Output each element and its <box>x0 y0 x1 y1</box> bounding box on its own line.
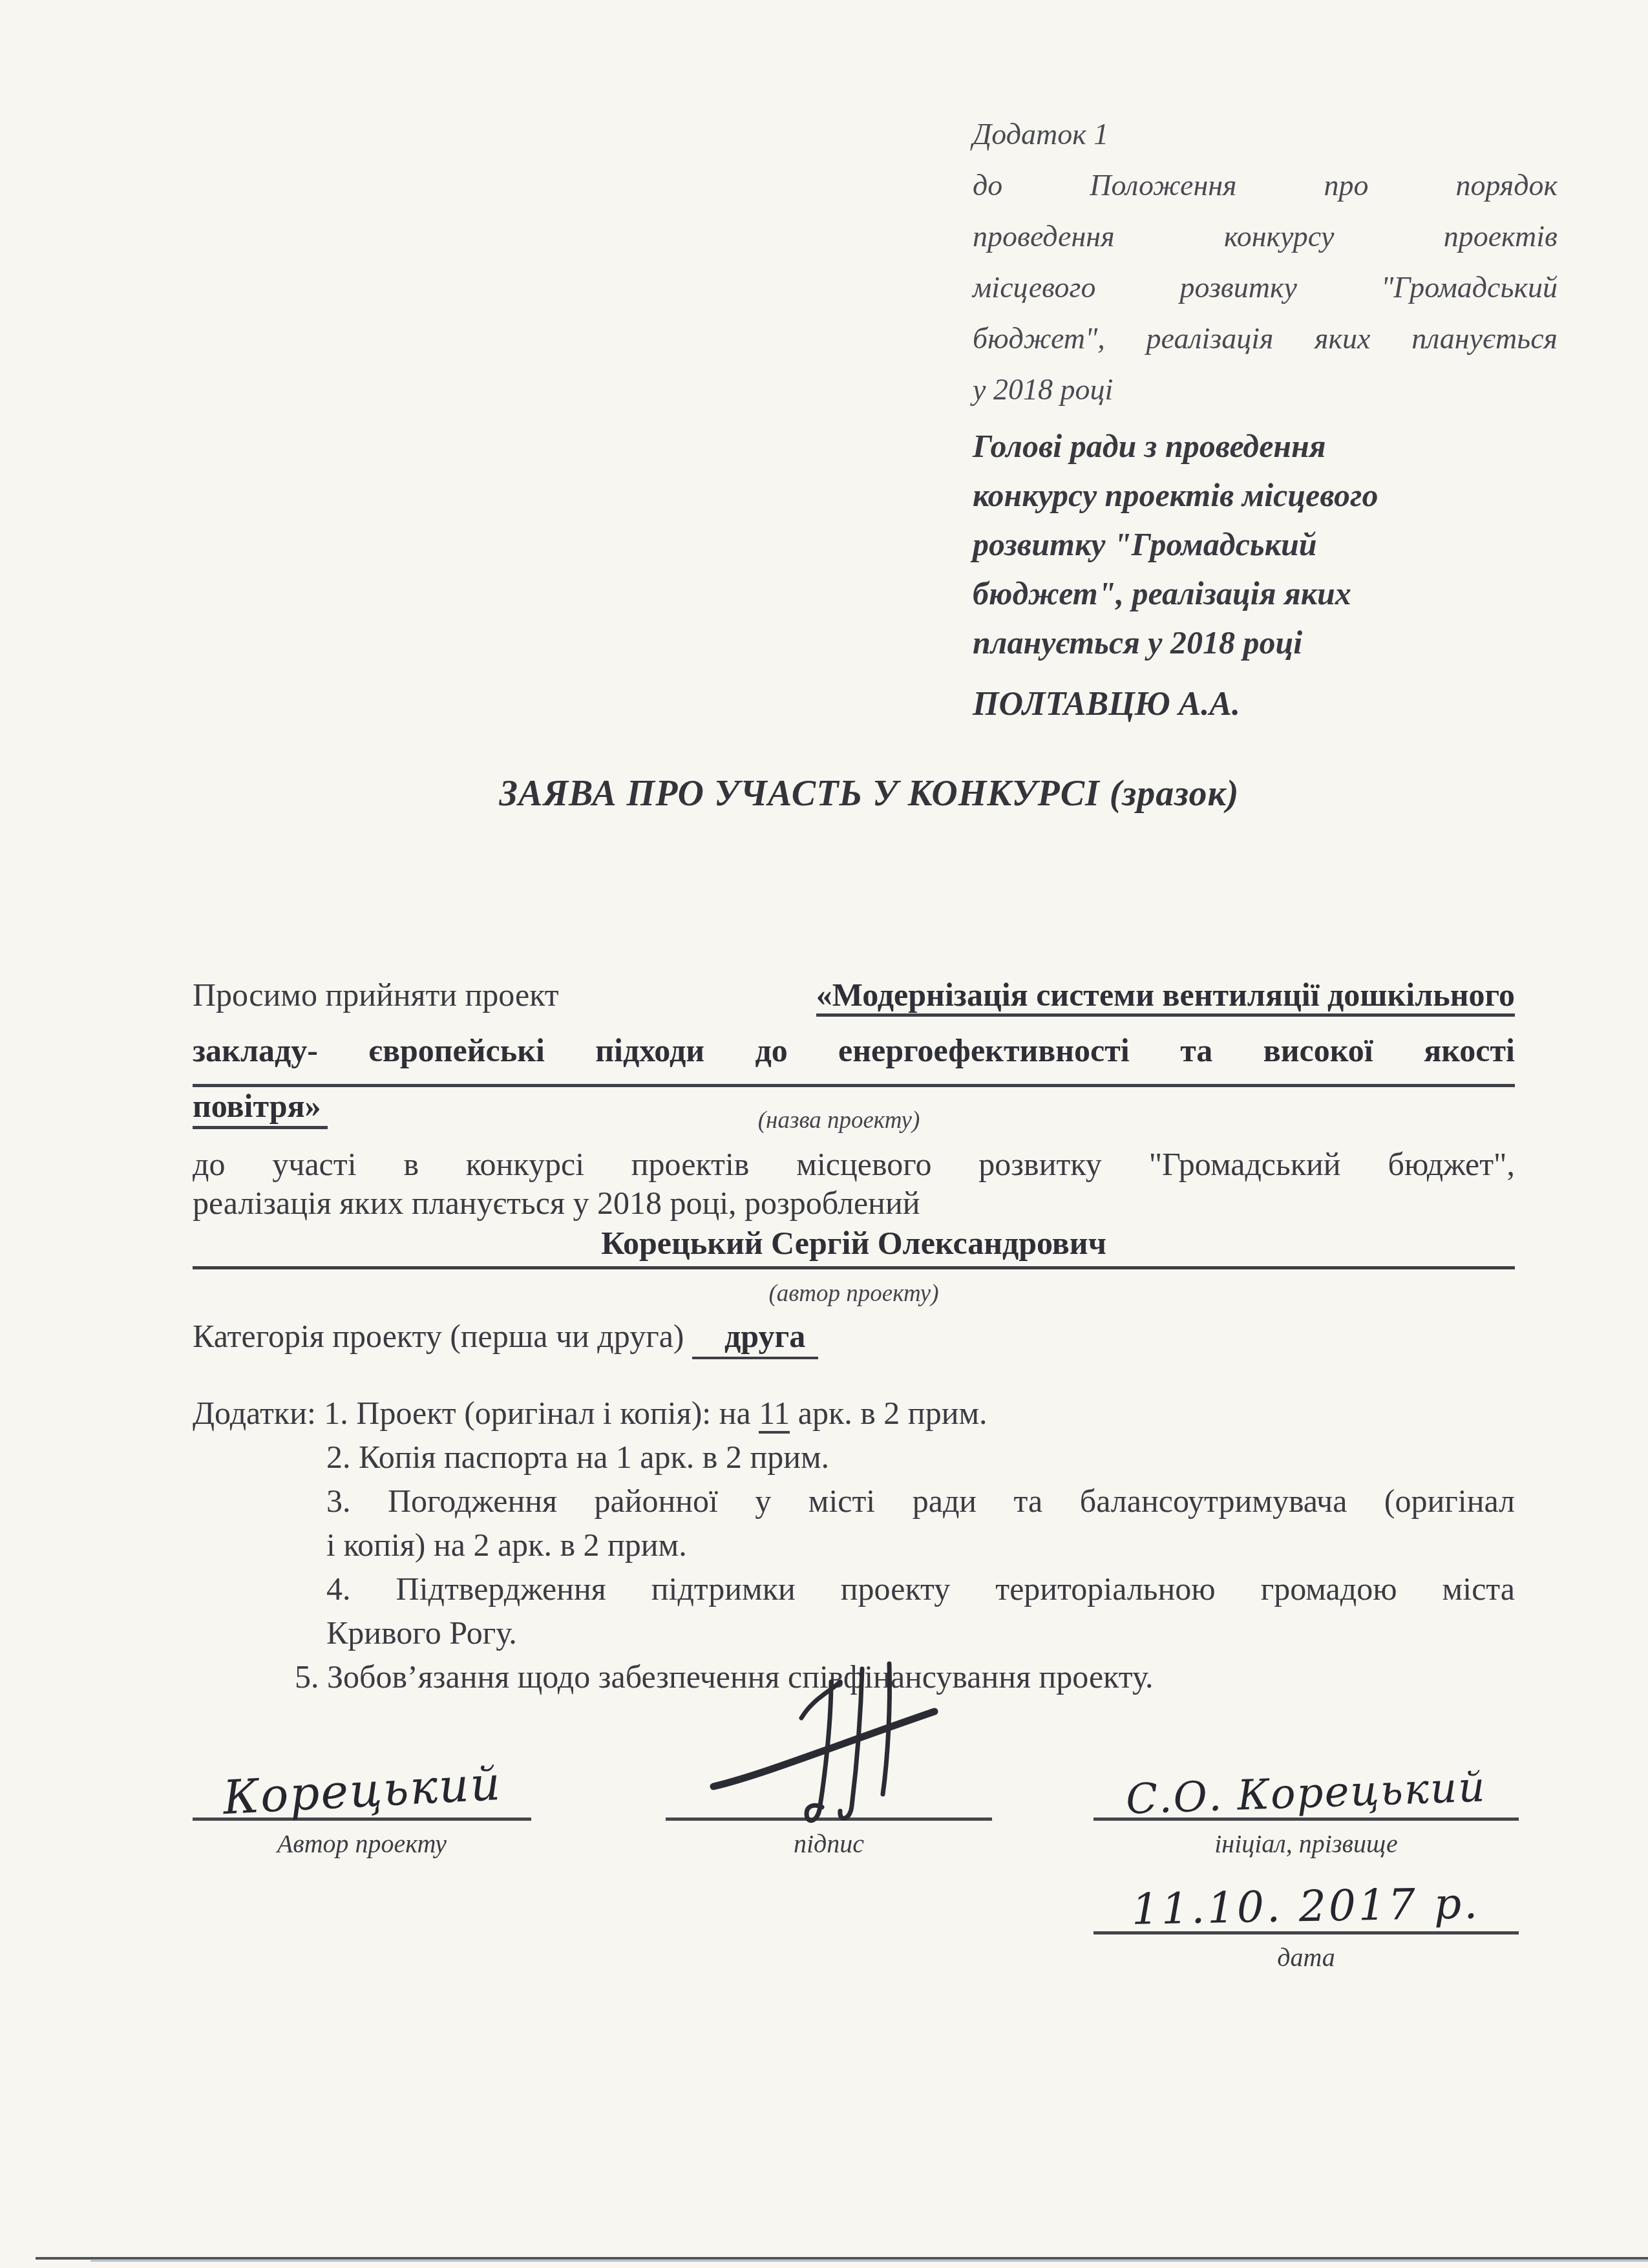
project-title-caption: (назва проекту) <box>645 1107 1033 1134</box>
initials-surname-label: ініціал, прізвище <box>1093 1821 1519 1859</box>
project-title-line: повітря» <box>193 1087 328 1129</box>
attachment-item: 4. Підтвердження підтримки проекту терит… <box>193 1567 1515 1611</box>
date-label: дата <box>1093 1934 1519 1973</box>
category-value: друга <box>692 1318 818 1359</box>
signature-block: підпис <box>666 1755 992 1859</box>
appendix-note-line: у 2018 році <box>973 364 1558 415</box>
addressee-block: Голові ради з проведення конкурсу проект… <box>973 421 1516 667</box>
attachment-item: Додатки: 1. Проект (оригінал і копія): н… <box>193 1391 1515 1435</box>
appendix-note: Додаток 1 до Положення про порядок прове… <box>973 109 1558 415</box>
scanned-application-page: Додаток 1 до Положення про порядок прове… <box>0 0 1648 2268</box>
appendix-note-line: проведення конкурсу проектів <box>973 211 1558 262</box>
addressee-line: Голові ради з проведення <box>973 421 1516 471</box>
scan-edge-tint <box>90 2260 1648 2262</box>
initials-surname-block: С.О. Корецький ініціал, прізвище <box>1093 1755 1519 1859</box>
appendix-note-line: місцевого розвитку "Громадський <box>973 262 1558 313</box>
initials-surname-line: С.О. Корецький <box>1093 1755 1519 1821</box>
attachment-item-text: 1. Проект (оригінал і копія): на <box>324 1395 759 1431</box>
appendix-note-title: Додаток 1 <box>973 109 1558 160</box>
request-text-line: до участі в конкурсі проектів місцевого … <box>193 1145 1515 1184</box>
author-signature-block: Корецький Автор проекту <box>193 1755 531 1859</box>
project-title-line: «Модернізація системи вентиляції дошкіль… <box>816 976 1515 1017</box>
attachment-item: 2. Копія паспорта на 1 арк. в 2 прим. <box>193 1435 1515 1479</box>
initials-handwritten: С.О. Корецький <box>1125 1763 1487 1823</box>
appendix-note-line: бюджет", реалізація яких планується <box>973 313 1558 364</box>
project-title-line: закладу- європейські підходи до енергоеф… <box>193 1032 1515 1087</box>
appendix-note-line: до Положення про порядок <box>973 160 1558 211</box>
author-signature-line: Корецький <box>193 1755 531 1821</box>
author-handwritten-name: Корецький <box>222 1756 503 1825</box>
request-intro-line: Просимо прийняти проект «Модернізація си… <box>193 976 1515 1032</box>
attachment-item-continuation: і копія) на 2 арк. в 2 прим. <box>193 1523 1515 1567</box>
signature-scribble <box>704 1660 950 1834</box>
addressee-name: ПОЛТАВЦЮ А.А. <box>973 685 1516 723</box>
addressee-line: конкурсу проектів місцевого <box>973 471 1516 520</box>
attachments-label: Додатки: <box>193 1395 316 1431</box>
scan-edge-line <box>36 2257 1648 2260</box>
attachment-item-text: арк. в 2 прим. <box>790 1395 987 1431</box>
project-title-end-line: повітря» (назва проекту) <box>193 1087 1515 1145</box>
author-signature-label: Автор проекту <box>193 1821 531 1859</box>
attachment-item-continuation: Кривого Рогу. <box>193 1611 1515 1655</box>
project-author-name: Корецький Сергій Олександрович <box>193 1224 1515 1269</box>
page-title: ЗАЯВА ПРО УЧАСТЬ У КОНКУРСІ (зразок) <box>90 773 1648 814</box>
attachments-list: Додатки: 1. Проект (оригінал і копія): н… <box>193 1391 1515 1699</box>
addressee-line: планується у 2018 році <box>973 618 1516 667</box>
request-body: Просимо прийняти проект «Модернізація си… <box>193 976 1515 1362</box>
request-intro: Просимо прийняти проект <box>193 976 559 1013</box>
category-label: Категорія проекту (перша чи друга) <box>193 1318 684 1354</box>
addressee-line: розвитку "Громадський <box>973 520 1516 569</box>
attachment-pages-underlined: 11 <box>759 1395 790 1434</box>
category-line: Категорія проекту (перша чи друга) друга <box>193 1317 1515 1362</box>
addressee-line: бюджет", реалізація яких <box>973 569 1516 618</box>
date-line: 11.10. 2017 р. <box>1093 1867 1519 1934</box>
date-block: 11.10. 2017 р. дата <box>1093 1867 1519 1973</box>
project-author-caption: (автор проекту) <box>193 1269 1515 1317</box>
request-text-line: реалізація яких планується у 2018 році, … <box>193 1184 1515 1224</box>
attachment-item: 3. Погодження районної у місті ради та б… <box>193 1479 1515 1523</box>
date-handwritten: 11.10. 2017 р. <box>1132 1878 1481 1934</box>
